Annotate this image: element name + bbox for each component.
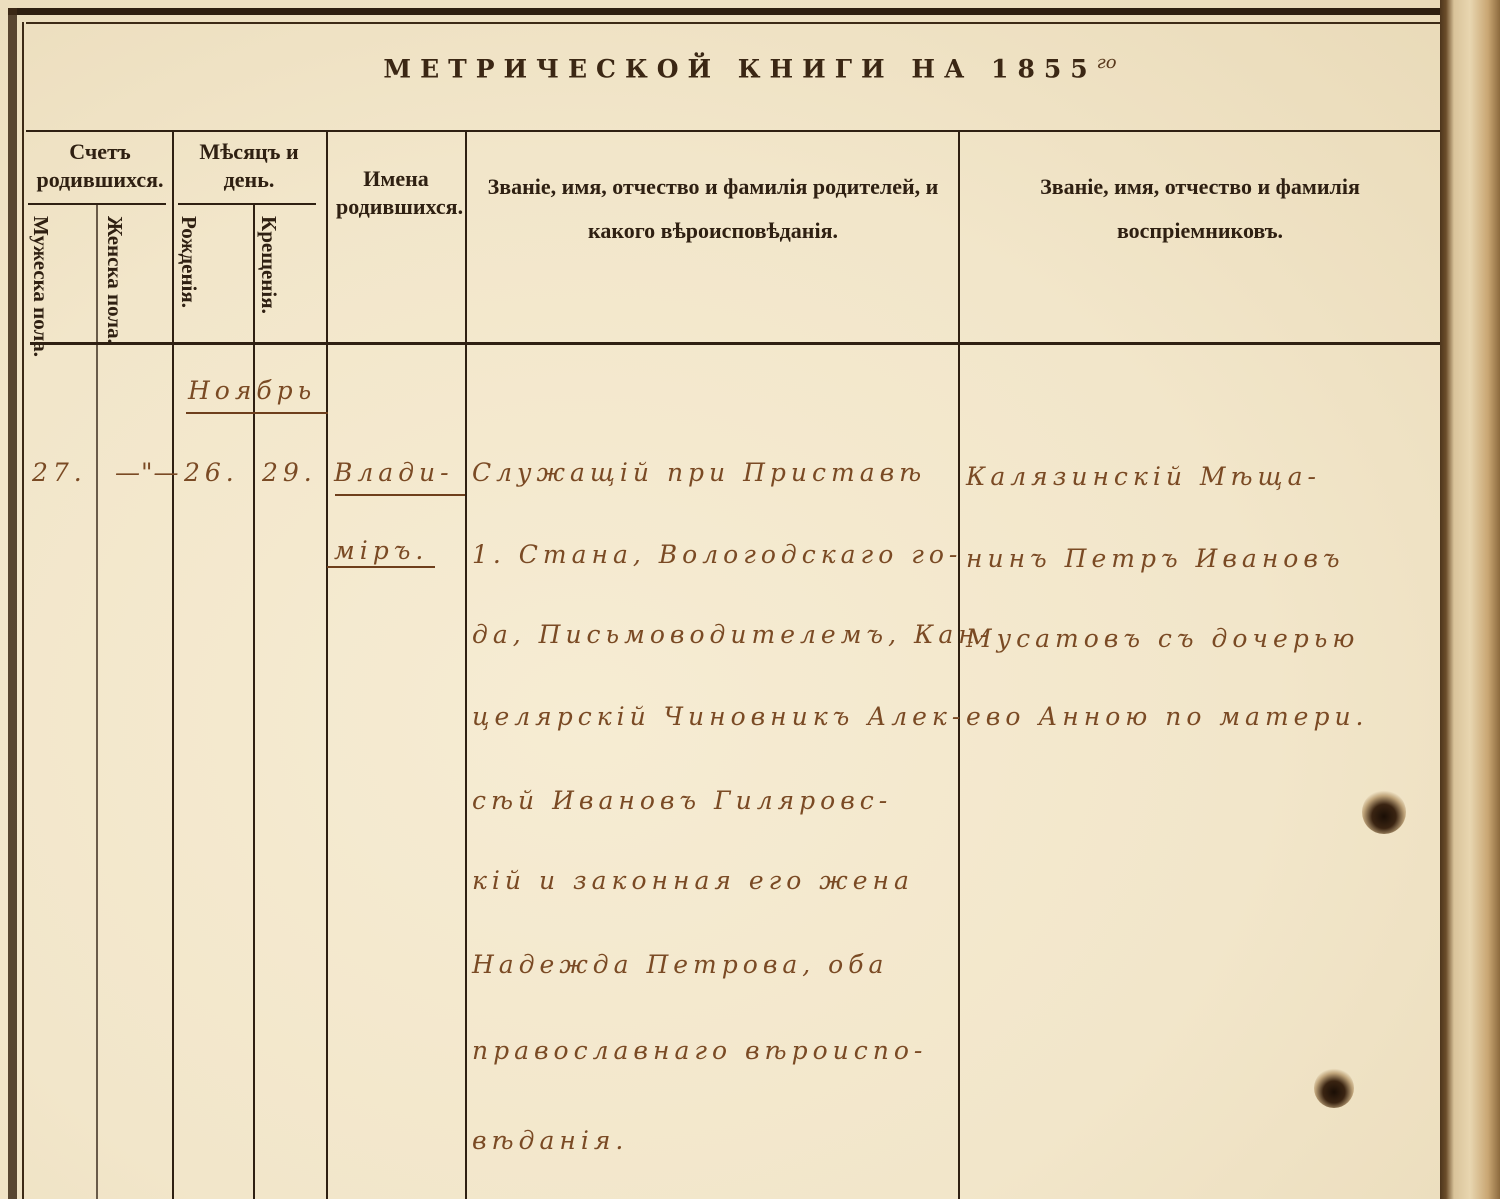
entry-baptism-day: 29. [262, 458, 317, 487]
header-date-baptism: Крещенія. [258, 216, 280, 326]
parents-line: вѣданія. [472, 1126, 628, 1155]
page-title: МЕТРИЧЕСКОЙ КНИГИ НА 1855го [300, 52, 1200, 83]
page-border-left [8, 8, 17, 1199]
header-parents: Званіе, имя, отчество и фамилія родителе… [478, 165, 948, 253]
col-divider-birth-baptism [253, 205, 255, 1199]
godparents-line: нинъ Петръ Ивановъ [966, 544, 1345, 573]
title-text: МЕТРИЧЕСКОЙ КНИГИ НА 1855 [383, 54, 1096, 83]
entry-birth-day: 26. [184, 458, 239, 487]
header-names: Имена родившихся. [336, 165, 456, 221]
header-count-male: Мужеска пола. [30, 216, 52, 336]
header-count-female: Женска пола. [104, 216, 126, 336]
parents-line: Служащій при Приставѣ [472, 458, 926, 487]
parents-line: православнаго вѣроиспо- [472, 1036, 927, 1065]
header-count-group: Счетъ родившихся. [28, 138, 172, 194]
parents-line: да, Письмоводителемъ, Кан- [472, 620, 993, 649]
col-divider-date-names [326, 132, 328, 1199]
binding-hole [1362, 790, 1406, 834]
register-page: МЕТРИЧЕСКОЙ КНИГИ НА 1855го Счетъ родивш… [0, 0, 1460, 1199]
parents-line: сѣй Ивановъ Гиляровс- [472, 786, 892, 815]
godparents-line: Калязинскій Мѣща- [966, 462, 1321, 491]
entry-month: Ноябрь [188, 376, 316, 405]
parents-line: Надежда Петрова, оба [472, 950, 888, 979]
entry-name-line-2: міръ. [334, 536, 428, 565]
header-date-group: Мѣсяцъ и день. [174, 138, 324, 194]
page-border-inner-top [26, 22, 1440, 24]
binding-hole [1314, 1068, 1354, 1108]
header-date-birth: Рожденія. [178, 216, 200, 326]
godparents-line: ево Анною по матери. [966, 702, 1369, 731]
header-bottom-rule [30, 342, 1440, 345]
parents-line: целярскій Чиновникъ Алек- [472, 702, 965, 731]
page-border-top [8, 8, 1440, 15]
name-underline-2 [327, 566, 435, 568]
godparents-line: Мусатовъ съ дочерью [966, 624, 1359, 653]
col-divider-parents-godparents [958, 132, 960, 1199]
col-divider-count-date [172, 132, 174, 1199]
entry-name-line-1: Владu- [334, 458, 454, 487]
book-spine-edge [1440, 0, 1500, 1199]
col-divider-male-female [96, 205, 98, 1199]
col-divider-names-parents [465, 132, 467, 1199]
parents-line: кій и законная его жена [472, 866, 914, 895]
header-godparents: Званіе, имя, отчество и фамилія воспріем… [975, 165, 1425, 253]
entry-number-male: 27. [32, 458, 87, 487]
month-underline [186, 412, 328, 414]
parents-line: 1. Стана, Вологодскаго го- [472, 540, 962, 569]
entry-number-female: —"— [115, 458, 180, 487]
name-underline-1 [335, 494, 465, 496]
header-top-rule [26, 130, 1440, 132]
page-border-inner-left [22, 22, 24, 1199]
date-group-rule [178, 203, 316, 205]
title-year-suffix: го [1097, 52, 1117, 73]
